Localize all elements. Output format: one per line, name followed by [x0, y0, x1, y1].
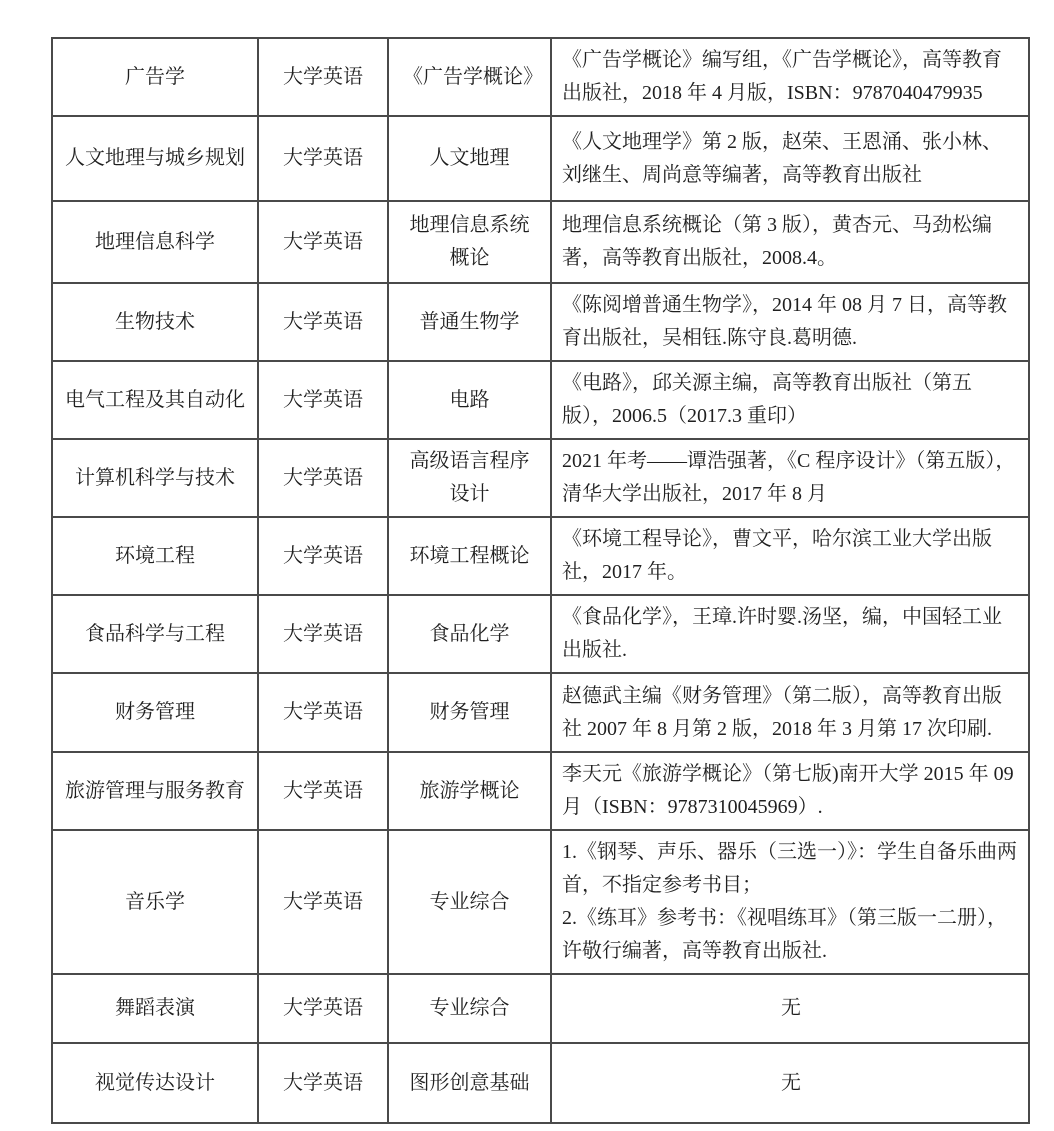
cell-subject: 电路 — [388, 361, 551, 439]
cell-reference-book: 李天元《旅游学概论》（第七版)南开大学 2015 年 09 月（ISBN：978… — [551, 752, 1029, 830]
cell-english-course: 大学英语 — [258, 1043, 388, 1123]
cell-reference-book: 无 — [551, 974, 1029, 1043]
cell-english-course: 大学英语 — [258, 595, 388, 673]
document-page: 广告学 大学英语 《广告学概论》 《广告学概论》编写组，《广告学概论》，高等教育… — [0, 0, 1054, 1131]
cell-subject: 财务管理 — [388, 673, 551, 752]
cell-reference-book: 《人文地理学》第 2 版，赵荣、王恩涌、张小林、刘继生、周尚意等编著，高等教育出… — [551, 116, 1029, 201]
cell-english-course: 大学英语 — [258, 752, 388, 830]
cell-english-course: 大学英语 — [258, 116, 388, 201]
cell-major: 舞蹈表演 — [52, 974, 258, 1043]
cell-english-course: 大学英语 — [258, 283, 388, 361]
cell-major: 视觉传达设计 — [52, 1043, 258, 1123]
cell-reference-book: 1.《钢琴、声乐、器乐（三选一）》：学生自备乐曲两首，不指定参考书目； 2.《练… — [551, 830, 1029, 974]
cell-english-course: 大学英语 — [258, 439, 388, 517]
table-row: 电气工程及其自动化 大学英语 电路 《电路》，邱关源主编，高等教育出版社（第五版… — [52, 361, 1029, 439]
reference-table: 广告学 大学英语 《广告学概论》 《广告学概论》编写组，《广告学概论》，高等教育… — [51, 37, 1030, 1124]
cell-subject: 《广告学概论》 — [388, 38, 551, 116]
cell-subject: 专业综合 — [388, 830, 551, 974]
cell-major: 旅游管理与服务教育 — [52, 752, 258, 830]
table-row: 环境工程 大学英语 环境工程概论 《环境工程导论》，曹文平，哈尔滨工业大学出版社… — [52, 517, 1029, 595]
cell-reference-book: 《广告学概论》编写组，《广告学概论》，高等教育出版社，2018 年 4 月版，I… — [551, 38, 1029, 116]
cell-major: 人文地理与城乡规划 — [52, 116, 258, 201]
cell-major: 财务管理 — [52, 673, 258, 752]
table-row: 计算机科学与技术 大学英语 高级语言程序设计 2021 年考——谭浩强著，《C … — [52, 439, 1029, 517]
table-row: 音乐学 大学英语 专业综合 1.《钢琴、声乐、器乐（三选一）》：学生自备乐曲两首… — [52, 830, 1029, 974]
cell-subject: 食品化学 — [388, 595, 551, 673]
table-row: 生物技术 大学英语 普通生物学 《陈阅增普通生物学》，2014 年 08 月 7… — [52, 283, 1029, 361]
cell-reference-book: 《环境工程导论》，曹文平，哈尔滨工业大学出版社，2017 年。 — [551, 517, 1029, 595]
cell-major: 食品科学与工程 — [52, 595, 258, 673]
cell-reference-book: 2021 年考——谭浩强著，《C 程序设计》（第五版），清华大学出版社，2017… — [551, 439, 1029, 517]
cell-reference-book: 《陈阅增普通生物学》，2014 年 08 月 7 日，高等教育出版社，吴相钰.陈… — [551, 283, 1029, 361]
cell-major: 计算机科学与技术 — [52, 439, 258, 517]
table-row: 广告学 大学英语 《广告学概论》 《广告学概论》编写组，《广告学概论》，高等教育… — [52, 38, 1029, 116]
cell-english-course: 大学英语 — [258, 38, 388, 116]
cell-major: 音乐学 — [52, 830, 258, 974]
table-row: 人文地理与城乡规划 大学英语 人文地理 《人文地理学》第 2 版，赵荣、王恩涌、… — [52, 116, 1029, 201]
cell-subject: 普通生物学 — [388, 283, 551, 361]
cell-reference-book: 《食品化学》，王璋.许时婴.汤坚，编，中国轻工业出版社. — [551, 595, 1029, 673]
cell-reference-book: 赵德武主编《财务管理》（第二版），高等教育出版社 2007 年 8 月第 2 版… — [551, 673, 1029, 752]
cell-major: 生物技术 — [52, 283, 258, 361]
table-row: 财务管理 大学英语 财务管理 赵德武主编《财务管理》（第二版），高等教育出版社 … — [52, 673, 1029, 752]
cell-english-course: 大学英语 — [258, 974, 388, 1043]
cell-subject: 高级语言程序设计 — [388, 439, 551, 517]
cell-reference-book: 地理信息系统概论（第 3 版），黄杏元、马劲松编著，高等教育出版社，2008.4… — [551, 201, 1029, 283]
cell-english-course: 大学英语 — [258, 673, 388, 752]
cell-major: 电气工程及其自动化 — [52, 361, 258, 439]
table-row: 舞蹈表演 大学英语 专业综合 无 — [52, 974, 1029, 1043]
cell-subject: 图形创意基础 — [388, 1043, 551, 1123]
cell-subject: 人文地理 — [388, 116, 551, 201]
cell-subject: 专业综合 — [388, 974, 551, 1043]
cell-subject: 环境工程概论 — [388, 517, 551, 595]
cell-reference-book: 无 — [551, 1043, 1029, 1123]
table-row: 食品科学与工程 大学英语 食品化学 《食品化学》，王璋.许时婴.汤坚，编，中国轻… — [52, 595, 1029, 673]
cell-subject: 旅游学概论 — [388, 752, 551, 830]
cell-english-course: 大学英语 — [258, 830, 388, 974]
cell-subject: 地理信息系统概论 — [388, 201, 551, 283]
table-row: 旅游管理与服务教育 大学英语 旅游学概论 李天元《旅游学概论》（第七版)南开大学… — [52, 752, 1029, 830]
cell-english-course: 大学英语 — [258, 361, 388, 439]
cell-reference-book: 《电路》，邱关源主编，高等教育出版社（第五版），2006.5（2017.3 重印… — [551, 361, 1029, 439]
cell-english-course: 大学英语 — [258, 517, 388, 595]
cell-english-course: 大学英语 — [258, 201, 388, 283]
cell-major: 广告学 — [52, 38, 258, 116]
table-row: 地理信息科学 大学英语 地理信息系统概论 地理信息系统概论（第 3 版），黄杏元… — [52, 201, 1029, 283]
cell-major: 环境工程 — [52, 517, 258, 595]
table-row: 视觉传达设计 大学英语 图形创意基础 无 — [52, 1043, 1029, 1123]
cell-major: 地理信息科学 — [52, 201, 258, 283]
